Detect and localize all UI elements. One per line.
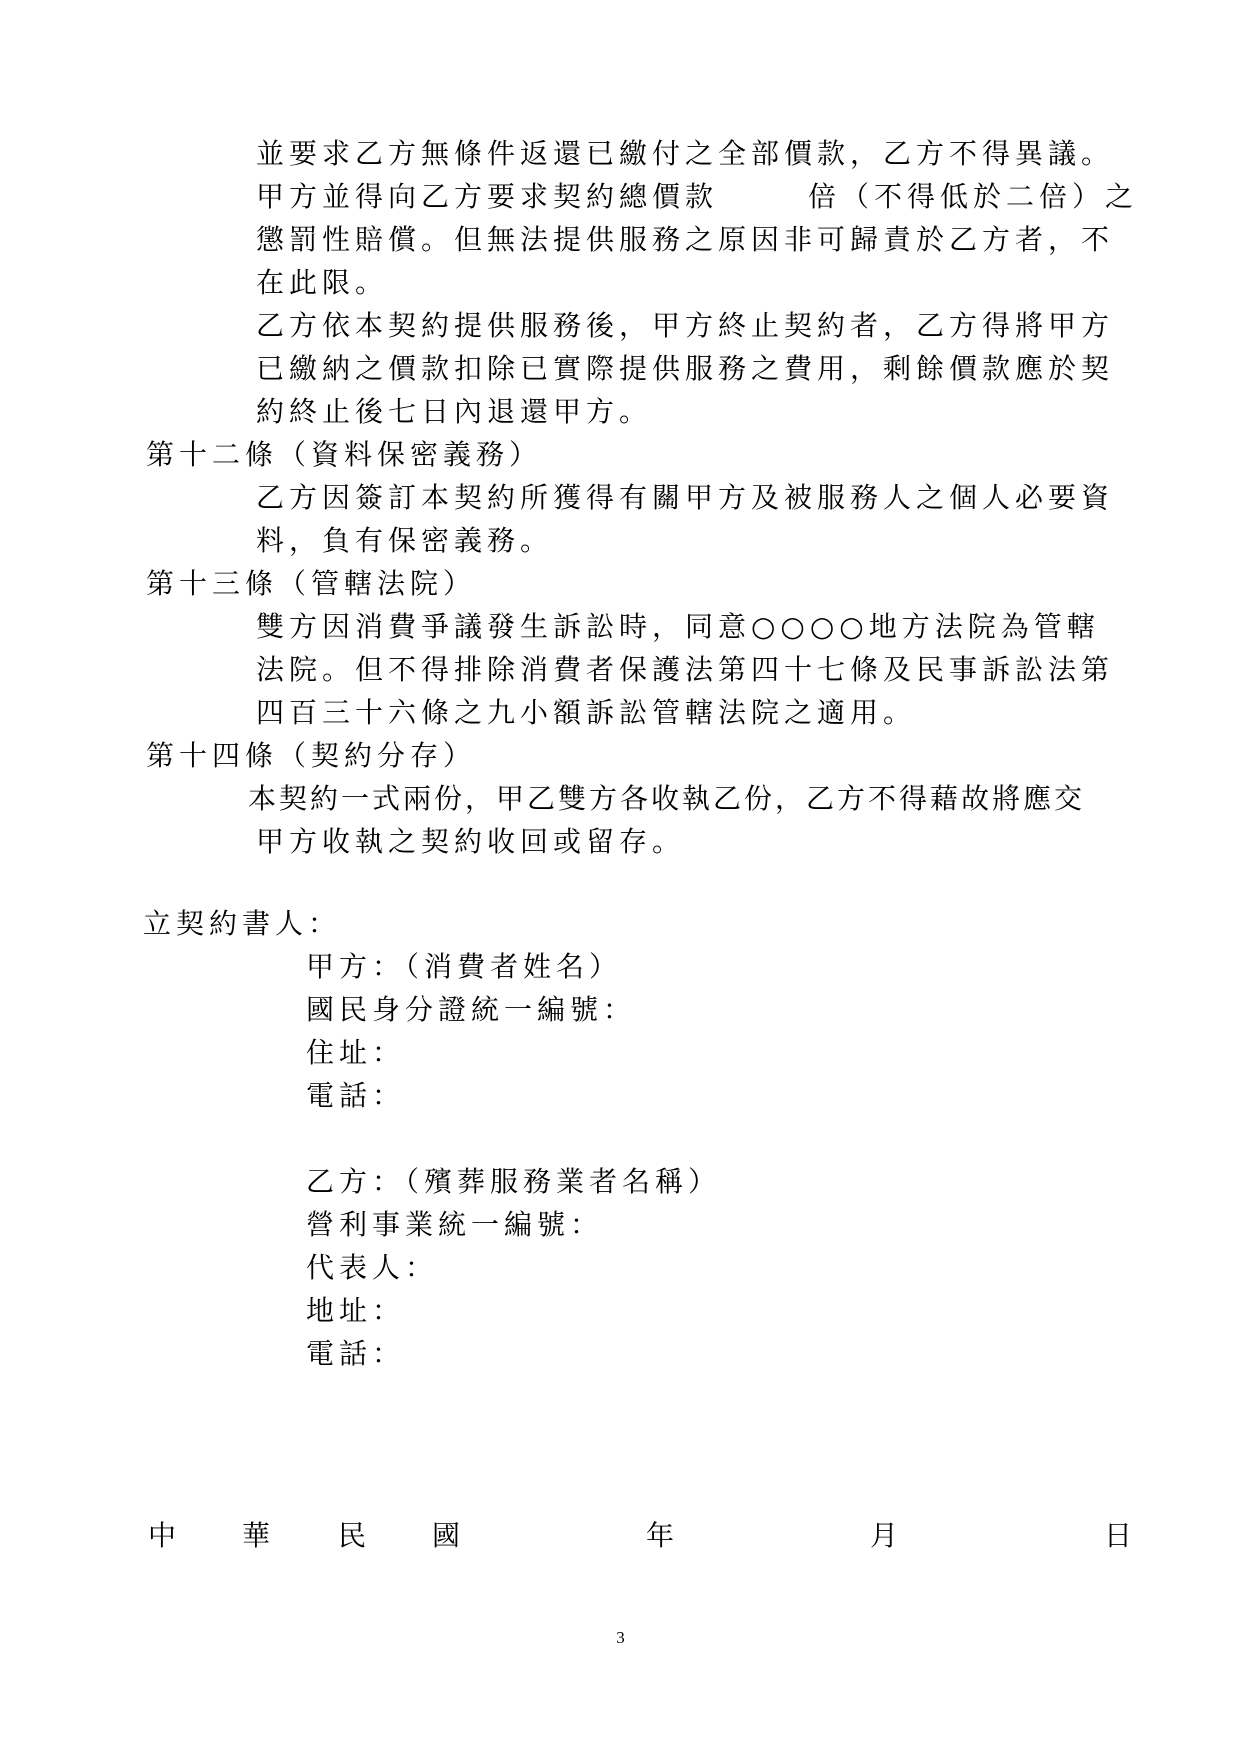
article11-line: 已繳納之價款扣除已實際提供服務之費用，剩餘價款應於契 (256, 352, 1114, 386)
party-a-name: 甲方：（消費者姓名） (306, 950, 622, 984)
date-day: 日 (1104, 1518, 1132, 1554)
party-a-address: 住址： (306, 1036, 405, 1070)
article11-line: 甲方並得向乙方要求契約總價款倍（不得低於二倍）之 (256, 180, 1138, 214)
article11-line: 在此限。 (256, 266, 388, 300)
party-a-phone: 電話： (306, 1079, 405, 1113)
party-b-name: 乙方：（殯葬服務業者名稱） (306, 1165, 721, 1199)
signatories-title: 立契約書人： (143, 907, 341, 941)
date-char: 華 (242, 1518, 270, 1554)
article11-line: 約終止後七日內退還甲方。 (256, 395, 652, 429)
party-b-business-id: 營利事業統一編號： (306, 1208, 603, 1242)
date-char: 中 (148, 1518, 176, 1554)
article14-line: 甲方收執之契約收回或留存。 (256, 825, 685, 859)
page-number: 3 (0, 1628, 1241, 1648)
article12-heading: 第十二條（資料保密義務） (146, 438, 542, 472)
article14-heading: 第十四條（契約分存） (146, 739, 476, 773)
document-page: 並要求乙方無條件返還已繳付之全部價款，乙方不得異議。 甲方並得向乙方要求契約總價… (0, 0, 1241, 1755)
date-line: 中 華 民 國 年 月 日 (148, 1518, 1138, 1554)
article12-line: 料，負有保密義務。 (256, 524, 553, 558)
article11-line-part: 倍（不得低於二倍）之 (808, 180, 1138, 213)
article13-line: 四百三十六條之九小額訴訟管轄法院之適用。 (256, 696, 916, 730)
party-b-phone: 電話： (306, 1337, 405, 1371)
article13-line: 雙方因消費爭議發生訴訟時，同意○○○○地方法院為管轄 (256, 610, 1100, 644)
party-b-representative: 代表人： (306, 1251, 438, 1285)
article11-line: 懲罰性賠償。但無法提供服務之原因非可歸責於乙方者，不 (256, 223, 1114, 257)
article14-line: 本契約一式兩份，甲乙雙方各收執乙份，乙方不得藉故將應交 (248, 782, 1085, 816)
date-year: 年 (646, 1518, 674, 1554)
article11-line: 並要求乙方無條件返還已繳付之全部價款，乙方不得異議。 (256, 137, 1114, 171)
article11-line-part: 甲方並得向乙方要求契約總價款 (256, 180, 718, 213)
date-char: 民 (338, 1518, 366, 1554)
party-a-id-number: 國民身分證統一編號： (306, 993, 636, 1027)
article11-line: 乙方依本契約提供服務後，甲方終止契約者，乙方得將甲方 (256, 309, 1114, 343)
article13-heading: 第十三條（管轄法院） (146, 567, 476, 601)
date-month: 月 (870, 1518, 898, 1554)
party-b-address: 地址： (306, 1294, 405, 1328)
date-char: 國 (432, 1518, 460, 1554)
article13-line: 法院。但不得排除消費者保護法第四十七條及民事訴訟法第 (256, 653, 1114, 687)
article12-line: 乙方因簽訂本契約所獲得有關甲方及被服務人之個人必要資 (256, 481, 1114, 515)
